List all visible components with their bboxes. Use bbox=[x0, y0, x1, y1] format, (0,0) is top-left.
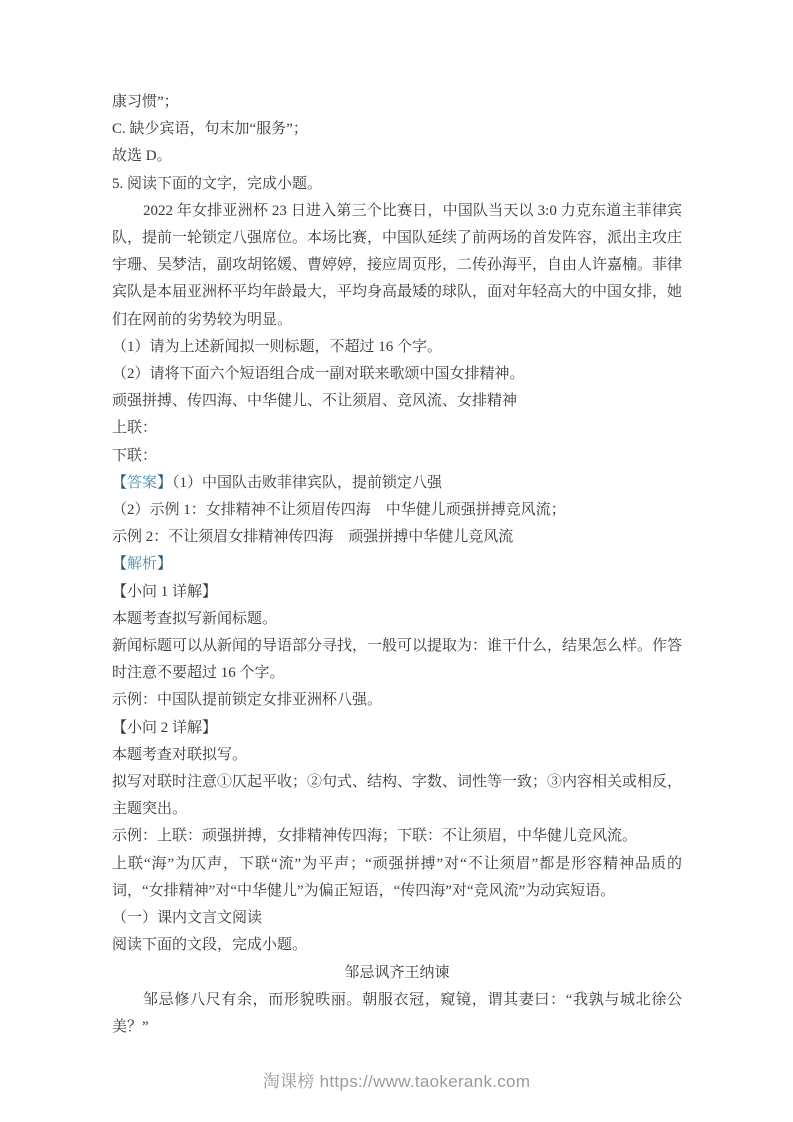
answer-label: 答案 bbox=[127, 475, 157, 491]
couplet-lower-blank: 下联： bbox=[112, 443, 682, 470]
analysis-text: 上联“海”为仄声，下联“流”为平声；“顽强拼搏”对“不让须眉”都是形容精神品质的… bbox=[112, 851, 682, 905]
answer-bracket-open: 【 bbox=[112, 475, 127, 491]
section-instruction: 阅读下面的文段，完成小题。 bbox=[112, 932, 682, 959]
answer-line: 【答案】（1）中国队击败菲律宾队，提前锁定八强 bbox=[112, 470, 682, 497]
analysis-text: 本题考查拟写新闻标题。 bbox=[112, 606, 682, 633]
answer-bracket-close: 】 bbox=[157, 475, 172, 491]
footer-url-link[interactable]: https://www.taokerank.com bbox=[320, 1072, 531, 1091]
question-5-stem: 5. 阅读下面的文字，完成小题。 bbox=[112, 171, 682, 198]
sub-question-1: （1）请为上述新闻拟一则标题，不超过 16 个字。 bbox=[112, 334, 682, 361]
analysis-example: 示例：上联：顽强拼搏，女排精神传四海；下联：不让须眉，中华健儿竞风流。 bbox=[112, 823, 682, 850]
answer-text: （1）中国队击败菲律宾队，提前锁定八强 bbox=[172, 475, 442, 491]
passage-title: 邹忌讽齐王纳谏 bbox=[112, 960, 682, 987]
analysis-label: 解析 bbox=[127, 556, 157, 572]
analysis-text: 拟写对联时注意①仄起平收；②句式、结构、字数、词性等一致；③内容相关或相反，主题… bbox=[112, 769, 682, 823]
couplet-upper-blank: 上联： bbox=[112, 415, 682, 442]
answer-example-2: 示例 2：不让须眉女排精神传四海 顽强拼搏中华健儿竞风流 bbox=[112, 524, 682, 551]
text-line-conclusion: 故选 D。 bbox=[112, 143, 682, 170]
analysis-text: 本题考查对联拟写。 bbox=[112, 742, 682, 769]
analysis-example: 示例：中国队提前锁定女排亚洲杯八强。 bbox=[112, 687, 682, 714]
phrase-list: 顽强拼搏、传四海、中华健儿、不让须眉、竞风流、女排精神 bbox=[112, 388, 682, 415]
subquestion-1-detail-heading: 【小问 1 详解】 bbox=[112, 579, 682, 606]
news-passage: 2022 年女排亚洲杯 23 日进入第三个比赛日，中国队当天以 3:0 力克东道… bbox=[112, 198, 682, 334]
document-page: 康习惯”； C. 缺少宾语，句末加“服务”； 故选 D。 5. 阅读下面的文字，… bbox=[112, 89, 682, 1041]
answer-example-1: （2）示例 1：女排精神不让须眉传四海 中华健儿顽强拼搏竞风流； bbox=[112, 497, 682, 524]
subquestion-2-detail-heading: 【小问 2 详解】 bbox=[112, 715, 682, 742]
text-line-option-c: C. 缺少宾语，句末加“服务”； bbox=[112, 116, 682, 143]
analysis-bracket-open: 【 bbox=[112, 556, 127, 572]
section-heading-classical-reading: （一）课内文言文阅读 bbox=[112, 905, 682, 932]
analysis-bracket-close: 】 bbox=[157, 556, 172, 572]
footer-site-name: 淘课榜 bbox=[263, 1072, 315, 1091]
analysis-line: 【解析】 bbox=[112, 551, 682, 578]
sub-question-2: （2）请将下面六个短语组合成一副对联来歌颂中国女排精神。 bbox=[112, 361, 682, 388]
footer-watermark: 淘课榜 https://www.taokerank.com bbox=[0, 1067, 793, 1092]
classical-passage-first-line: 邹忌修八尺有余，而形貌昳丽。朝服衣冠，窥镜，谓其妻曰：“我孰与城北徐公美？” bbox=[112, 987, 682, 1041]
text-line-carryover: 康习惯”； bbox=[112, 89, 682, 116]
analysis-text: 新闻标题可以从新闻的导语部分寻找，一般可以提取为：谁干什么，结果怎么样。作答时注… bbox=[112, 633, 682, 687]
